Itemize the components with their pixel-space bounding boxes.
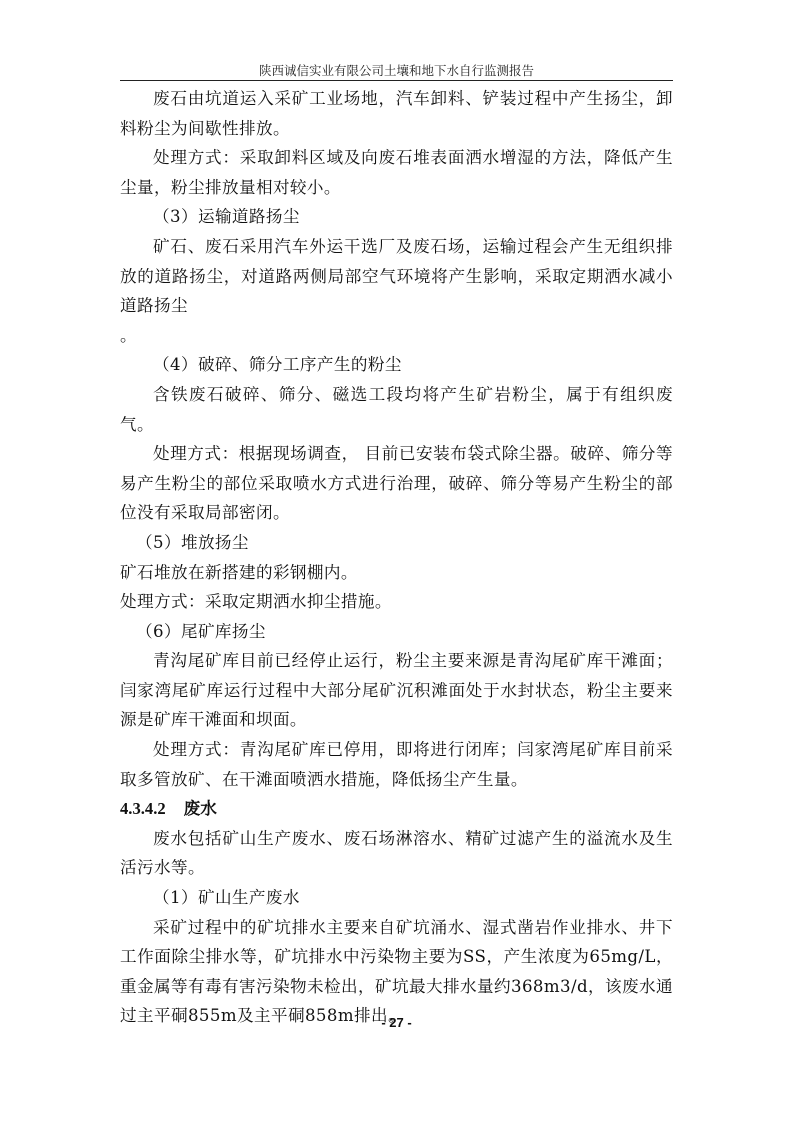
- paragraph-road-dust: 矿石、废石采用汽车外运干选厂及废石场，运输过程会产生无组织排放的道路扬尘，对道路…: [120, 232, 673, 321]
- paragraph-wastewater-overview: 废水包括矿山生产废水、废石场淋溶水、精矿过滤产生的溢流水及生活污水等。: [120, 824, 673, 883]
- paragraph-crushing-treatment: 处理方式：根据现场调查， 目前已安装布袋式除尘器。破碎、筛分等易产生粉尘的部位采…: [120, 439, 673, 528]
- paragraph-stockpile-treatment: 处理方式：采取定期洒水抑尘措施。: [120, 587, 673, 617]
- paragraph-mine-wastewater: 采矿过程中的矿坑排水主要来自矿坑涌水、湿式凿岩作业排水、井下工作面除尘排水等，矿…: [120, 913, 673, 1031]
- paragraph-road-dust-tail: 。: [120, 321, 673, 351]
- paragraph-unloading-treatment: 处理方式：采取卸料区域及向废石堆表面洒水增湿的方法，降低产生尘量，粉尘排放量相对…: [120, 143, 673, 202]
- header-rule: [120, 80, 673, 81]
- subheading-tailings-dust: （6）尾矿库扬尘: [120, 617, 673, 647]
- document-body: 废石由坑道运入采矿工业场地，汽车卸料、铲装过程中产生扬尘，卸料粉尘为间歇性排放。…: [120, 84, 673, 1031]
- paragraph-crushing-dust: 含铁废石破碎、筛分、磁选工段均将产生矿岩粉尘，属于有组织废气。: [120, 380, 673, 439]
- subheading-stockpile-dust: （5）堆放扬尘: [120, 528, 673, 558]
- subheading-crushing-dust: （4）破碎、筛分工序产生的粉尘: [120, 350, 673, 380]
- paragraph-tailings-dust: 青沟尾矿库目前已经停止运行，粉尘主要来源是青沟尾矿库干滩面；闫家湾尾矿库运行过程…: [120, 646, 673, 735]
- section-title: 废水: [184, 799, 217, 818]
- paragraph-waste-rock-unloading: 废石由坑道运入采矿工业场地，汽车卸料、铲装过程中产生扬尘，卸料粉尘为间歇性排放。: [120, 84, 673, 143]
- paragraph-stockpile: 矿石堆放在新搭建的彩钢棚内。: [120, 558, 673, 588]
- section-heading-wastewater: 4.3.4.2废水: [120, 794, 673, 824]
- subheading-road-dust: （3）运输道路扬尘: [120, 202, 673, 232]
- page-header: 陕西诚信实业有限公司土壤和地下水自行监测报告: [120, 63, 673, 79]
- section-number: 4.3.4.2: [120, 799, 166, 818]
- paragraph-tailings-treatment: 处理方式：青沟尾矿库已停用，即将进行闭库；闫家湾尾矿库目前采取多管放矿、在干滩面…: [120, 735, 673, 794]
- subheading-mine-wastewater: （1）矿山生产废水: [120, 883, 673, 913]
- page-number: - 27 -: [0, 1015, 793, 1030]
